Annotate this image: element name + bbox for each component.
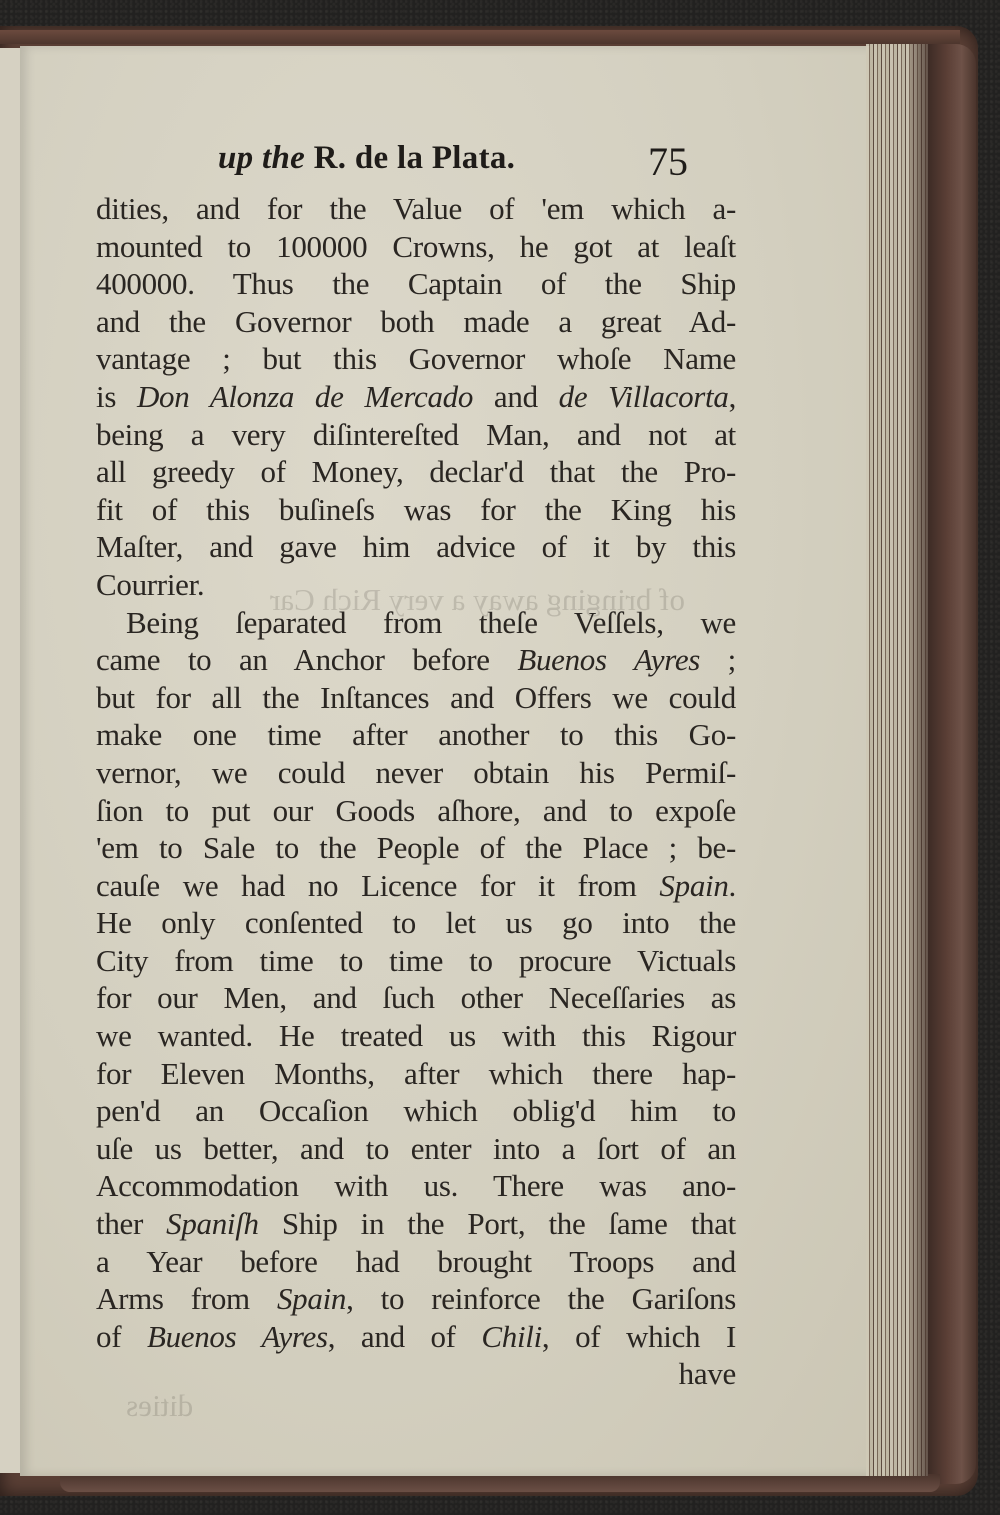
text-segment: cauſe we had no Licence for it from <box>96 868 659 903</box>
text-line: make one time after another to this Go- <box>96 716 736 754</box>
text-line: City from time to time to procure Victua… <box>96 942 736 980</box>
text-segment: Maſter, and gave him advice of it by thi… <box>96 529 736 564</box>
text-segment: He only conſented to let us go into the <box>96 905 736 940</box>
text-segment: Ship in the Port, the ſame that <box>259 1206 736 1241</box>
text-line: ther Spaniſh Ship in the Port, the ſame … <box>96 1205 736 1243</box>
text-line: dities, and for the Value of 'em which a… <box>96 190 736 228</box>
cover-top-edge <box>0 30 960 44</box>
text-line: mounted to 100000 Crowns, he got at leaſ… <box>96 228 736 266</box>
italic-text: Spaniſh <box>166 1206 259 1241</box>
text-segment: , to reinforce the Gariſons <box>346 1281 736 1316</box>
text-line: and the Governor both made a great Ad- <box>96 303 736 341</box>
text-line: being a very diſintereſted Man, and not … <box>96 416 736 454</box>
text-line: came to an Anchor before Buenos Ayres ; <box>96 641 736 679</box>
cover-bottom-edge <box>60 1474 940 1492</box>
text-segment: and <box>473 379 559 414</box>
text-segment: vantage ; but this Governor whoſe Name <box>96 341 736 376</box>
text-line: Accommodation with us. There was ano- <box>96 1167 736 1205</box>
italic-text: de Villacorta <box>559 379 729 414</box>
text-line: 400000. Thus the Captain of the Ship <box>96 265 736 303</box>
text-segment: Arms from <box>96 1281 277 1316</box>
text-segment: ſion to put our Goods aſhore, and to exp… <box>96 793 736 828</box>
running-title-prefix: up the <box>218 140 305 176</box>
text-line: cauſe we had no Licence for it from Spai… <box>96 867 736 905</box>
text-segment: pen'd an Occaſion which oblig'd him to <box>96 1093 736 1128</box>
running-head: up the R. de la Plata. 75 <box>96 134 736 190</box>
text-line: a Year before had brought Troops and <box>96 1243 736 1281</box>
text-line: of Buenos Ayres, and of Chili, of which … <box>96 1318 736 1356</box>
previous-page-edge <box>0 48 22 1473</box>
text-segment: 400000. Thus the Captain of the Ship <box>96 266 736 301</box>
bleed-through-text-bottom: dities <box>126 1388 193 1424</box>
text-line: ſion to put our Goods aſhore, and to exp… <box>96 792 736 830</box>
text-segment: of <box>96 1319 147 1354</box>
text-line: 'em to Sale to the People of the Place ;… <box>96 829 736 867</box>
text-segment: we wanted. He treated us with this Rigou… <box>96 1018 736 1053</box>
body-text: dities, and for the Value of 'em which a… <box>96 190 736 1393</box>
text-segment: Courrier. <box>96 567 204 602</box>
text-segment: and the Governor both made a great Ad- <box>96 304 736 339</box>
text-segment: for Eleven Months, after which there hap… <box>96 1056 736 1091</box>
text-line: for our Men, and ſuch other Neceſſaries … <box>96 979 736 1017</box>
text-segment: 'em to Sale to the People of the Place ;… <box>96 830 736 865</box>
text-segment: being a very diſintereſted Man, and not … <box>96 417 736 452</box>
text-segment: have <box>679 1356 736 1391</box>
text-line: have <box>96 1355 736 1393</box>
text-segment: ; <box>700 642 736 677</box>
text-line: Arms from Spain, to reinforce the Gariſo… <box>96 1280 736 1318</box>
text-segment: City from time to time to procure Victua… <box>96 943 736 978</box>
text-segment: Being ſeparated from theſe Veſſels, we <box>126 605 736 640</box>
italic-text: Don Alonza de Mercado <box>137 379 473 414</box>
italic-text: Spain <box>659 868 728 903</box>
text-segment: mounted to 100000 Crowns, he got at leaſ… <box>96 229 736 264</box>
text-line: Courrier. <box>96 566 736 604</box>
text-line: Maſter, and gave him advice of it by thi… <box>96 528 736 566</box>
text-segment: a Year before had brought Troops and <box>96 1244 736 1279</box>
text-segment: ther <box>96 1206 166 1241</box>
text-segment: , and of <box>328 1319 482 1354</box>
page-text-block: up the R. de la Plata. 75 dities, and fo… <box>96 134 736 1393</box>
text-segment: dities, and for the Value of 'em which a… <box>96 191 736 226</box>
text-segment: all greedy of Money, declar'd that the P… <box>96 454 736 489</box>
text-line: He only conſented to let us go into the <box>96 904 736 942</box>
running-title: up the R. de la Plata. <box>218 140 515 177</box>
text-segment: make one time after another to this Go- <box>96 717 736 752</box>
italic-text: Buenos Ayres <box>517 642 700 677</box>
text-line: for Eleven Months, after which there hap… <box>96 1055 736 1093</box>
text-segment: uſe us better, and to enter into a ſort … <box>96 1131 736 1166</box>
text-segment: , of which I <box>542 1319 736 1354</box>
text-segment: is <box>96 379 137 414</box>
text-segment: , <box>729 379 736 414</box>
text-segment: for our Men, and ſuch other Neceſſaries … <box>96 980 736 1015</box>
text-line: is Don Alonza de Mercado and de Villacor… <box>96 378 736 416</box>
text-line: all greedy of Money, declar'd that the P… <box>96 453 736 491</box>
text-segment: came to an Anchor before <box>96 642 517 677</box>
text-line: Being ſeparated from theſe Veſſels, we <box>96 604 736 642</box>
italic-text: Chili <box>481 1319 542 1354</box>
cover-fore-edge <box>928 44 976 1484</box>
text-line: but for all the Inſtances and Offers we … <box>96 679 736 717</box>
text-segment: fit of this buſineſs was for the King hi… <box>96 492 736 527</box>
italic-text: Spain <box>277 1281 346 1316</box>
text-segment: Accommodation with us. There was ano- <box>96 1168 736 1203</box>
page-number: 75 <box>648 138 688 185</box>
text-line: fit of this buſineſs was for the King hi… <box>96 491 736 529</box>
running-title-text: R. de la Plata. <box>314 140 516 176</box>
text-line: we wanted. He treated us with this Rigou… <box>96 1017 736 1055</box>
text-line: vernor, we could never obtain his Permiſ… <box>96 754 736 792</box>
text-line: uſe us better, and to enter into a ſort … <box>96 1130 736 1168</box>
text-line: vantage ; but this Governor whoſe Name <box>96 340 736 378</box>
text-segment: . <box>729 868 736 903</box>
page-stack-edge <box>866 44 928 1476</box>
text-line: pen'd an Occaſion which oblig'd him to <box>96 1092 736 1130</box>
italic-text: Buenos Ayres <box>147 1319 328 1354</box>
text-segment: vernor, we could never obtain his Permiſ… <box>96 755 736 790</box>
text-segment: but for all the Inſtances and Offers we … <box>96 680 736 715</box>
